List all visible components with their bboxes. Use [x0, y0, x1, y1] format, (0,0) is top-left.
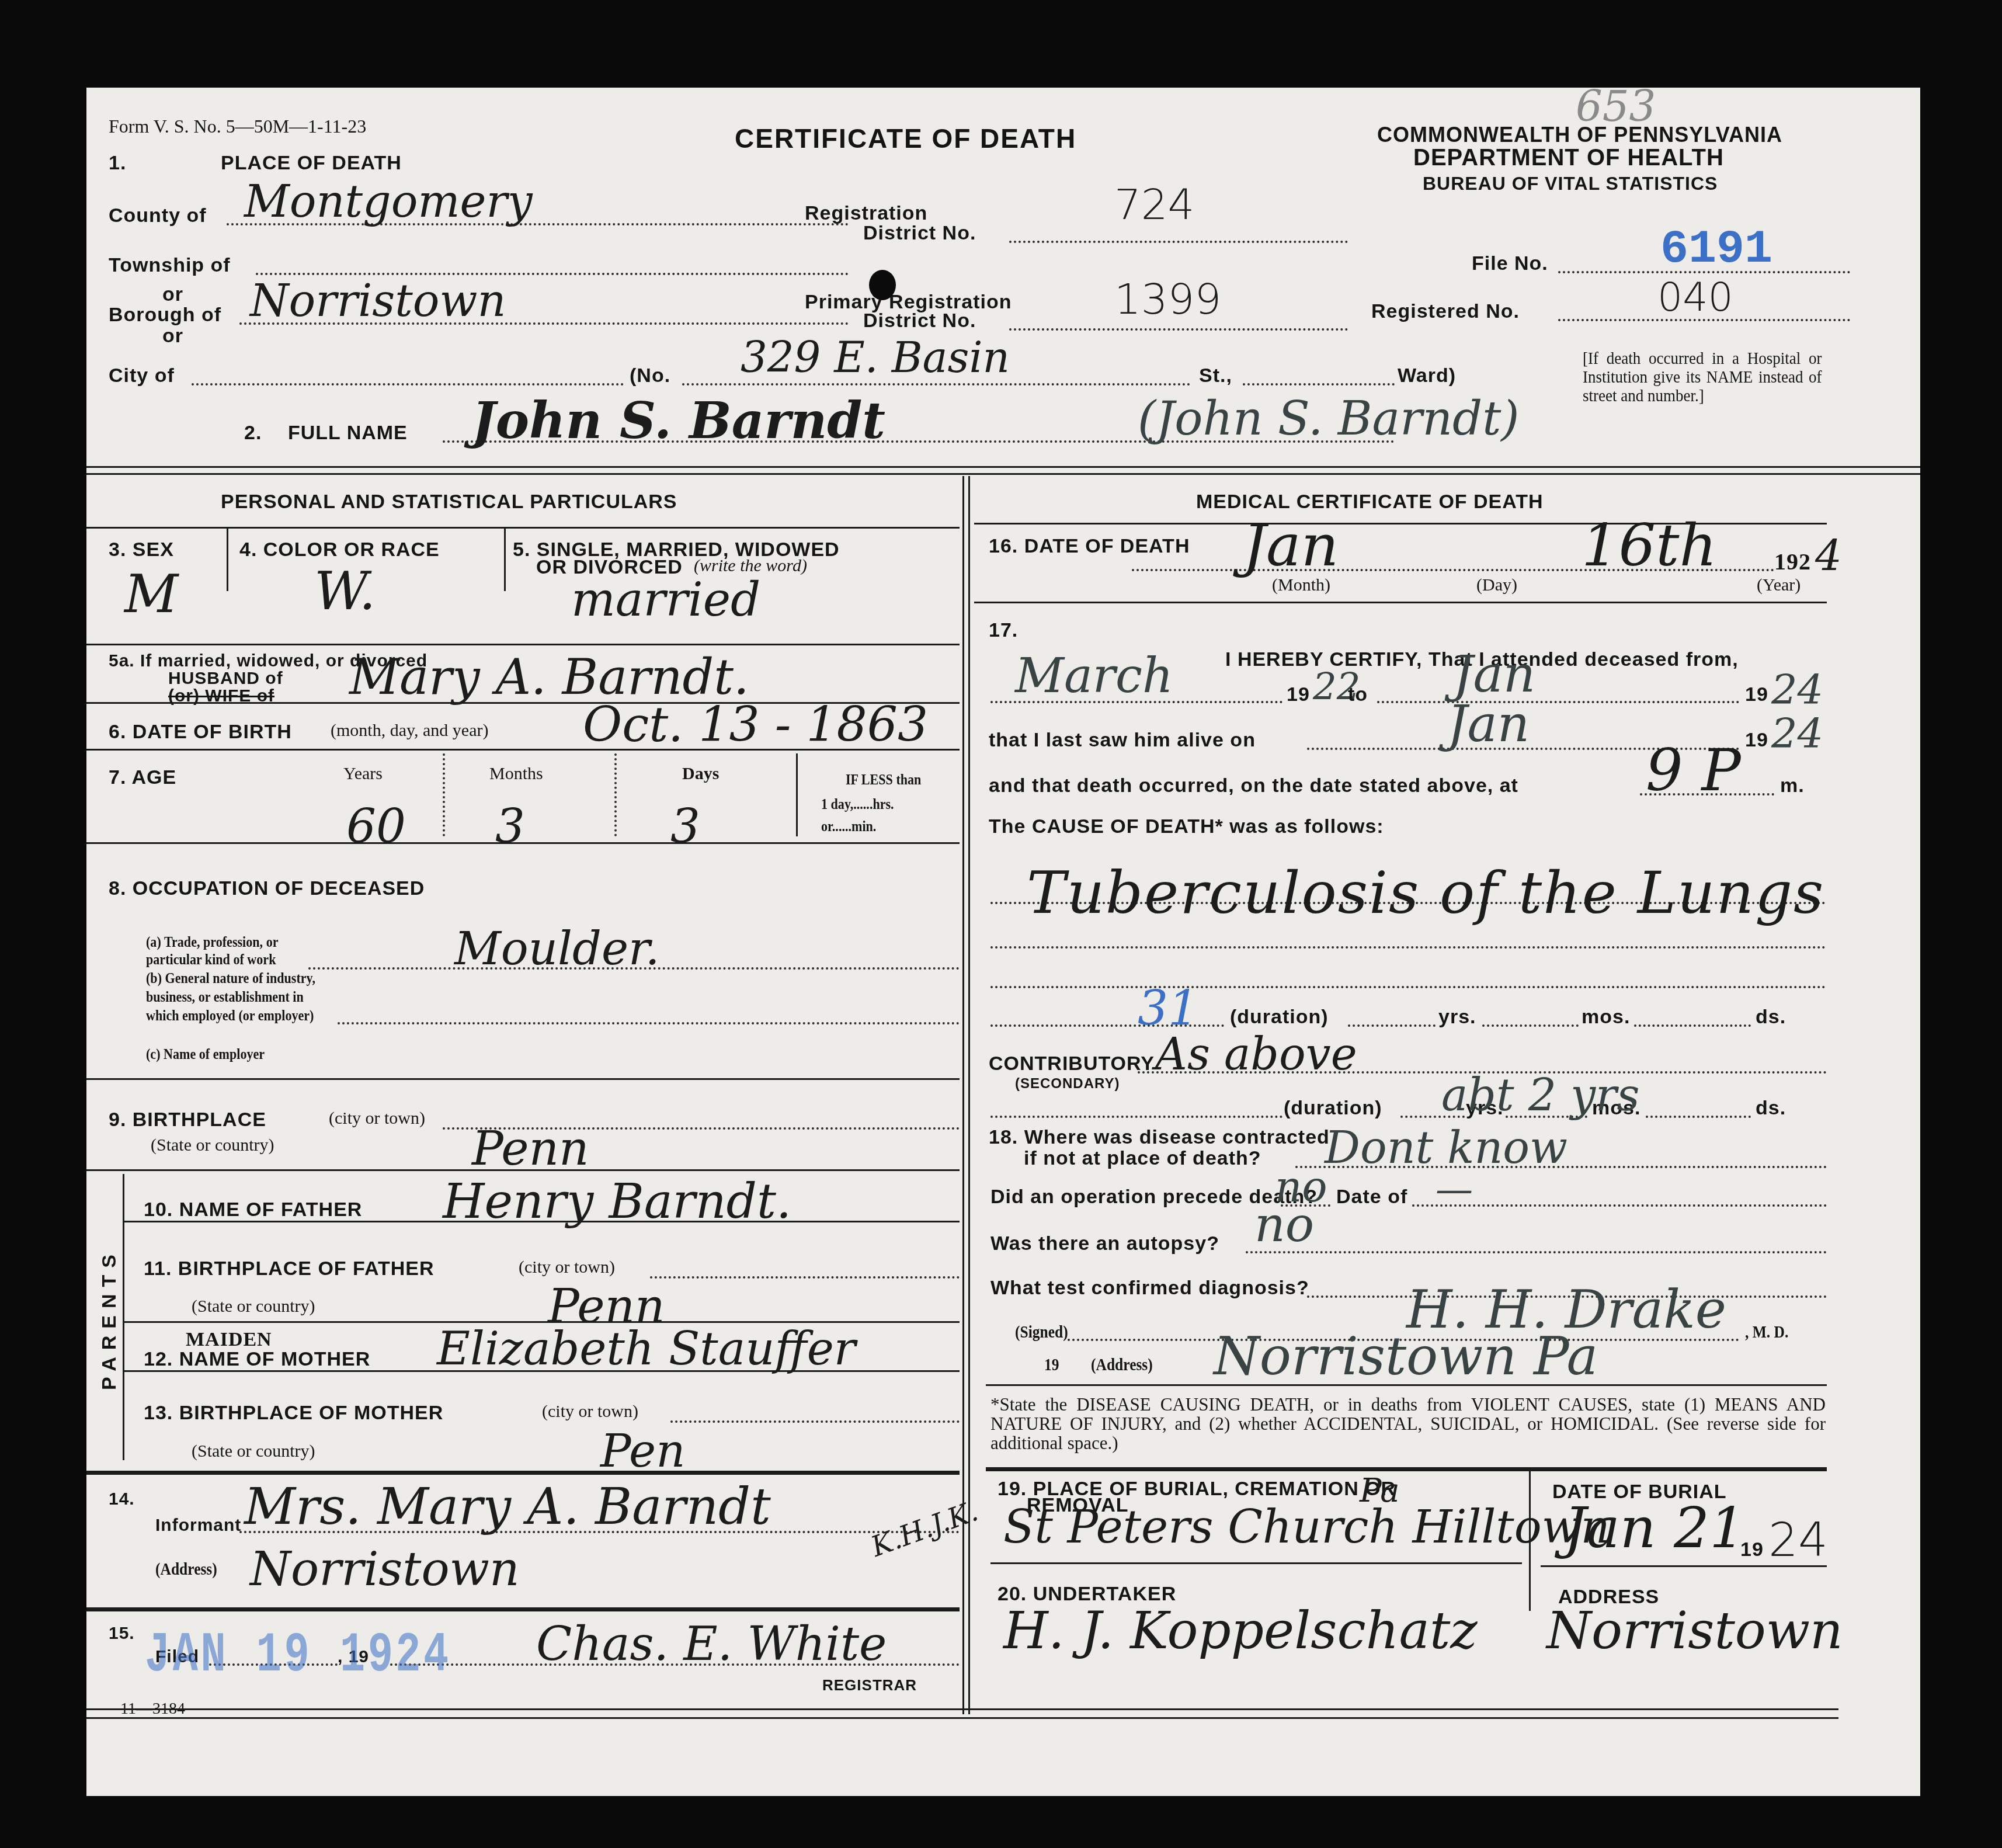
disease-contracted-label-2: if not at place of death?: [1024, 1147, 1261, 1170]
registered-number-value: 040: [1657, 275, 1733, 321]
cause-of-death-label: The CAUSE OF DEATH* was as follows:: [989, 815, 1384, 838]
registration-district-value: 724: [1114, 180, 1194, 229]
primary-registration-label-2: District No.: [863, 310, 976, 332]
registered-number-label: Registered No.: [1371, 300, 1520, 323]
agency-line-1: COMMONWEALTH OF PENNSYLVANIA: [1377, 123, 1782, 147]
informant-number: 14.: [109, 1489, 135, 1509]
death-time-label: and that death occurred, on the date sta…: [989, 774, 1518, 797]
father-birthplace-label: 11. BIRTHPLACE OF FATHER: [144, 1258, 435, 1280]
operation-date-label: Date of: [1336, 1186, 1407, 1208]
mother-birthplace-label: 13. BIRTHPLACE OF MOTHER: [144, 1402, 443, 1425]
agency-line-2: DEPARTMENT OF HEALTH: [1413, 145, 1724, 171]
attended-from-field: March: [1015, 648, 1173, 704]
file-number-label: File No.: [1472, 252, 1548, 275]
mother-birthplace-state-hint: (State or country): [192, 1441, 315, 1461]
age-days-label: Days: [682, 764, 719, 784]
operation-date-field: —: [1436, 1168, 1473, 1211]
filed-number: 15.: [109, 1624, 135, 1644]
year-hint: (Year): [1757, 575, 1801, 595]
last-saw-field: Jan: [1447, 695, 1530, 753]
primary-district-value: 1399: [1114, 275, 1221, 324]
cause-of-death-field: Tuberculosis of the Lungs: [1027, 859, 1824, 927]
undertaker-field: H. J. Koppelschatz: [1003, 1600, 1478, 1661]
cause-footnote: *State the DISEASE CAUSING DEATH, or in …: [990, 1395, 1826, 1453]
signed-year-label: 19: [1044, 1355, 1059, 1375]
full-name-label: FULL NAME: [288, 422, 408, 444]
month-hint: (Month): [1272, 575, 1330, 595]
burial-place-field: St Peters Church Hilltown: [1003, 1501, 1610, 1554]
sex-field: M: [124, 564, 178, 625]
full-name-annotation: (John S. Barndt): [1138, 391, 1520, 446]
full-name-field: John S. Barndt: [472, 391, 885, 450]
occupation-b-label: (b) General nature of industry,: [146, 970, 315, 987]
birthplace-field: Penn: [472, 1121, 589, 1176]
day-hint: (Day): [1476, 575, 1517, 595]
disease-contracted-label: 18. Where was disease contracted: [989, 1126, 1330, 1149]
date-of-birth-field: Oct. 13 - 1863: [583, 697, 928, 753]
race-field: W.: [314, 561, 376, 622]
parents-label: PARENTS: [98, 1248, 121, 1390]
informant-note: K.H.J.K.: [867, 1495, 982, 1564]
mother-birthplace-city-hint: (city or town): [542, 1402, 638, 1422]
full-name-number: 2.: [244, 422, 262, 444]
street-address-field: 329 E. Basin: [741, 333, 1010, 382]
death-certificate: Form V. S. No. 5—50M—1-11-23 CERTIFICATE…: [86, 88, 1920, 1796]
place-of-death-heading: PLACE OF DEATH: [221, 152, 402, 175]
occupation-b-label-2: business, or establishment in: [146, 988, 304, 1006]
informant-address-label: (Address): [155, 1559, 217, 1579]
age-months-label: Months: [489, 764, 543, 784]
autopsy-label: Was there an autopsy?: [990, 1232, 1219, 1255]
county-field: Montgomery: [244, 175, 533, 227]
occupation-a-label-2: particular kind of work: [146, 951, 276, 968]
diagnosis-test-label: What test confirmed diagnosis?: [990, 1277, 1309, 1300]
certify-number: 17.: [989, 619, 1018, 642]
township-label: Township of: [109, 254, 231, 277]
birthplace-label: 9. BIRTHPLACE: [109, 1109, 266, 1131]
mother-name-label: 12. NAME OF MOTHER: [144, 1348, 370, 1371]
street-suffix-label: St.,: [1199, 364, 1232, 387]
disease-contracted-field: Dont know: [1325, 1121, 1567, 1173]
city-label: City of: [109, 364, 175, 387]
street-number-label: (No.: [630, 364, 670, 387]
date-of-death-day: 16th: [1582, 511, 1717, 579]
marital-status-field: married: [571, 572, 760, 627]
last-saw-label: that I last saw him alive on: [989, 729, 1256, 752]
date-of-birth-hint: (month, day, and year): [331, 721, 488, 741]
burial-date-field: Jan 21: [1564, 1495, 1745, 1561]
county-label: County of: [109, 204, 207, 227]
less-than-label: IF LESS than: [846, 771, 921, 788]
employer-label: (c) Name of employer: [146, 1045, 265, 1063]
signed-label: (Signed): [1015, 1322, 1068, 1342]
father-birthplace-city-hint: (city or town): [519, 1258, 615, 1277]
mother-birthplace-field: Pen: [600, 1425, 685, 1478]
attended-to-label: to: [1348, 683, 1368, 706]
race-label: 4. COLOR OR RACE: [239, 539, 440, 561]
section-1-number: 1.: [109, 152, 126, 175]
contributory-field: As above: [1155, 1028, 1357, 1080]
physician-address-field: Norristown Pa: [1214, 1326, 1598, 1387]
last-saw-19: 19: [1745, 729, 1768, 752]
filed-date-stamp: JAN 19 1924: [145, 1624, 451, 1687]
registrar-signature: Chas. E. White: [536, 1617, 887, 1671]
registration-district-label-2: District No.: [863, 222, 976, 245]
date-of-birth-label: 6. DATE OF BIRTH: [109, 721, 292, 744]
father-name-label: 10. NAME OF FATHER: [144, 1199, 362, 1221]
father-birthplace-state-hint: (State or country): [192, 1297, 315, 1316]
age-months-field: 3: [495, 799, 525, 853]
husband-label: HUSBAND of: [168, 669, 283, 689]
occupation-a-label: (a) Trade, profession, or: [146, 933, 279, 951]
burial-date-year: 24: [1768, 1513, 1828, 1567]
last-saw-year: 24: [1771, 710, 1823, 758]
sex-label: 3. SEX: [109, 539, 174, 561]
undertaker-address-field: Norristown: [1546, 1600, 1843, 1661]
birthplace-state-hint: (State or country): [151, 1135, 274, 1155]
date-of-death-month: Jan: [1243, 511, 1339, 579]
date-of-death-year: 4: [1815, 532, 1842, 581]
burial-date-19: 19: [1740, 1538, 1764, 1561]
date-of-death-year-prefix: 192: [1774, 548, 1811, 575]
agency-line-3: BUREAU OF VITAL STATISTICS: [1423, 173, 1718, 194]
page-title: CERTIFICATE OF DEATH: [735, 123, 1076, 154]
date-of-death-label: 16. DATE OF DEATH: [989, 535, 1190, 558]
or-label: or: [162, 283, 183, 306]
mother-name-field: Elizabeth Stauffer: [437, 1323, 856, 1375]
birthplace-city-hint: (city or town): [329, 1109, 425, 1128]
occupation-b-label-3: which employed (or employer): [146, 1007, 314, 1024]
form-number: Form V. S. No. 5—50M—1-11-23: [109, 116, 366, 137]
or-label-2: or: [162, 325, 183, 348]
secondary-label: (SECONDARY): [1015, 1076, 1120, 1092]
age-label: 7. AGE: [109, 766, 176, 789]
physician-address-label: (Address): [1091, 1355, 1153, 1375]
attended-from-19: 19: [1287, 683, 1310, 706]
age-years-label: Years: [343, 764, 383, 784]
death-time-field: 9 P: [1646, 736, 1741, 804]
informant-label: Informant: [155, 1516, 241, 1536]
less-than-hours: 1 day,......hrs.: [821, 796, 894, 813]
less-than-minutes: or......min.: [821, 818, 876, 835]
hospital-note: [If death occurred in a Hospital or Inst…: [1583, 349, 1822, 405]
duration-mos-label: mos.: [1582, 1006, 1630, 1029]
duration-label: (duration): [1230, 1006, 1329, 1029]
occupation-field: Moulder.: [454, 923, 660, 975]
burial-place-note: Pa: [1360, 1472, 1400, 1510]
autopsy-field: no: [1254, 1197, 1314, 1253]
informant-field: Mrs. Mary A. Barndt: [244, 1478, 771, 1536]
borough-field: Norristown: [250, 275, 506, 326]
borough-label: Borough of: [109, 304, 221, 326]
attended-to-19: 19: [1745, 683, 1768, 706]
file-number-stamp: 6191: [1660, 223, 1772, 276]
informant-address-field: Norristown: [250, 1542, 520, 1596]
medical-heading: MEDICAL CERTIFICATE OF DEATH: [1196, 491, 1544, 513]
attended-to-year: 24: [1771, 666, 1823, 714]
age-years-field: 60: [346, 799, 406, 853]
md-label: , M. D.: [1745, 1322, 1788, 1342]
punch-hole: [869, 270, 896, 300]
contributory-ds-label: ds.: [1756, 1097, 1786, 1120]
age-days-field: 3: [670, 799, 700, 853]
contributory-duration-field: abt 2 yrs: [1441, 1069, 1639, 1121]
duration-ds-label: ds.: [1756, 1006, 1786, 1029]
contributory-label: CONTRIBUTORY: [989, 1052, 1155, 1075]
ward-label: Ward): [1398, 364, 1456, 387]
registrar-label: REGISTRAR: [822, 1676, 917, 1694]
duration-yrs-label: yrs.: [1438, 1006, 1476, 1029]
contributory-duration-label: (duration): [1284, 1097, 1382, 1120]
meridiem-label: m.: [1780, 774, 1805, 797]
personal-heading: PERSONAL AND STATISTICAL PARTICULARS: [221, 491, 677, 513]
occupation-label: 8. OCCUPATION OF DECEASED: [109, 877, 425, 900]
